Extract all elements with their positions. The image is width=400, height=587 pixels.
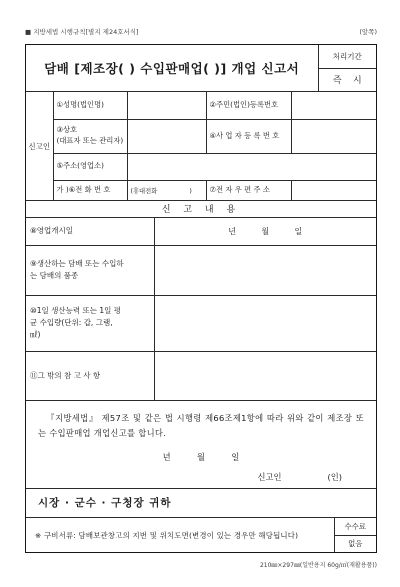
form-title: 담배 [제조장( ) 수입판매업( )] 개업 신고서 [26,45,318,91]
required-documents-note: ※ 구비서류: 담배보관창고의 지번 및 위치도면(변경이 있는 경우만 해당됩… [26,518,334,552]
fee-label: 수수료 [334,518,376,535]
mobile-phone-field-value: (휴대전화 ) [127,180,206,200]
seal-placeholder: (인) [328,471,343,483]
declaration-section: 『지방세법』 제57조 및 같은 법 시행령 제66조제1항에 따라 위와 같이… [26,401,376,489]
daily-capacity-label: ⑩1일 생산능력 또는 1일 평 균 수입량(단위: 갑, 그램, ㎖) [26,295,154,351]
business-registration-number-value [291,119,376,153]
attachments-fee-section: ※ 구비서류: 담배보관창고의 지번 및 위치도면(변경이 있는 경우만 해당됩… [26,518,376,552]
declaration-statement: 『지방세법』 제57조 및 같은 법 시행령 제66조제1항에 따라 위와 같이… [38,411,364,441]
tobacco-variety-value [154,245,376,295]
trade-name-field-value [127,119,206,153]
email-field-value [291,180,376,200]
report-content-header: 신 고 내 용 [26,201,376,217]
page-side-indicator: (앞쪽) [359,27,377,36]
business-start-date-label: ⑧영업개시일 [26,217,154,245]
report-content-section: 신 고 내 용 ⑧영업개시일 년 월 일 ⑨생산하는 담배 또는 수입하 는 담… [26,201,376,401]
business-start-date-value: 년 월 일 [154,217,376,245]
form-meta-line: ■ 지방세법 시행규칙[별지 제24호서식] (앞쪽) [25,27,377,36]
address-field-label: ⑤주소(영업소) [53,153,127,180]
declarant-section-label: 신고인 [26,92,53,200]
daily-capacity-value [154,295,376,351]
business-registration-number-label: ④사 업 자 등 록 번 호 [206,119,291,153]
phone-number-field-label: 가 )⑥전 화 번 호 [53,180,127,200]
processing-period-label: 처리기간 [318,45,376,68]
trade-name-field-label: ③상호 (대표자 또는 관리자) [53,119,127,153]
tobacco-variety-label: ⑨생산하는 담배 또는 수입하 는 담배의 품종 [26,245,154,295]
recipient-line: 시장 · 군수 · 구청장 귀하 [26,489,376,518]
fee-value: 없음 [334,535,376,552]
paper-spec-note: 210㎜×297㎜(일반용지 60g/㎡(재활용품)) [260,560,377,569]
declaration-date-line: 년 월 일 [38,451,364,463]
tobacco-business-opening-form: 담배 [제조장( ) 수입판매업( )] 개업 신고서 처리기간 즉 시 신고인… [25,44,377,553]
title-section: 담배 [제조장( ) 수입판매업( )] 개업 신고서 처리기간 즉 시 [26,45,376,92]
resident-number-field-value [291,92,376,119]
declarant-section: 신고인 ①성명(법인명) ②주민(법인)등록번호 ③상호 (대표자 또는 관리자… [26,92,376,201]
processing-period-value: 즉 시 [318,68,376,91]
other-remarks-label: ⑪그 밖의 참 고 사 항 [26,351,154,400]
name-field-value [127,92,206,119]
other-remarks-value [154,351,376,400]
address-field-value [127,153,376,180]
form-statute-reference: ■ 지방세법 시행규칙[별지 제24호서식] [25,27,139,36]
name-field-label: ①성명(법인명) [53,92,127,119]
email-field-label: ⑦전 자 우 편 주 소 [206,180,291,200]
resident-number-field-label: ②주민(법인)등록번호 [206,92,291,119]
declarant-signature-label: 신고인 [257,471,281,483]
